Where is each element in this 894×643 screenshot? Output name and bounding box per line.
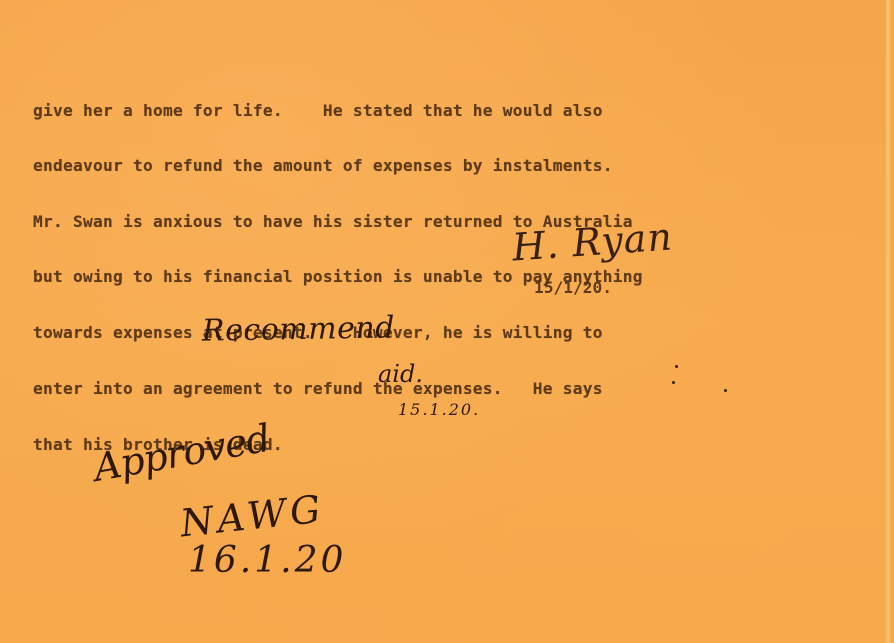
signature-date: 15/1/20. xyxy=(534,278,612,297)
ink-speck xyxy=(672,381,675,384)
handwritten-approval-date: 16.1.20 xyxy=(188,540,346,581)
handwritten-recommend-date: 15.1.20. xyxy=(398,400,480,419)
typed-line: give her a home for life. He stated that… xyxy=(33,102,643,121)
ink-speck xyxy=(724,389,727,392)
page-edge xyxy=(886,0,890,643)
typed-line: enter into an agreement to refund the ex… xyxy=(33,380,643,399)
typed-line: endeavour to refund the amount of expens… xyxy=(33,157,643,176)
handwritten-aid: aid. xyxy=(378,360,423,388)
handwritten-approval-initials: NAWG xyxy=(178,487,326,546)
document-page: give her a home for life. He stated that… xyxy=(0,0,890,643)
handwritten-recommend: Recommend xyxy=(202,310,395,348)
ink-speck xyxy=(675,365,678,368)
